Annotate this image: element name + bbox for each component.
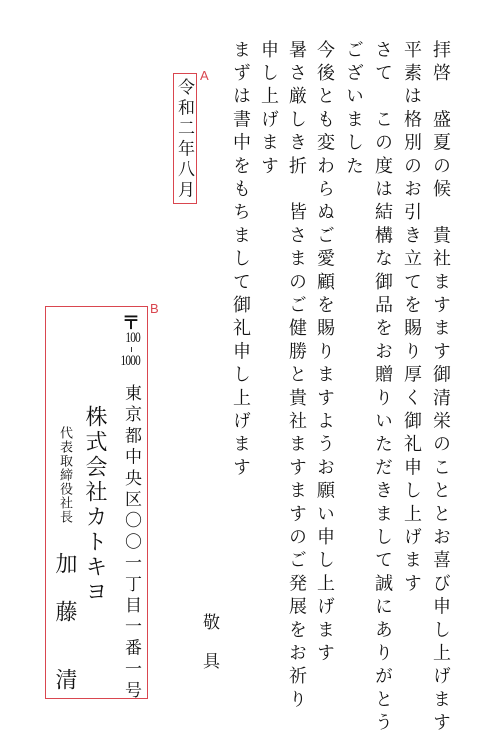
body-line-2: 平素は格別のお引き立てを賜り厚く御礼申し上げます <box>402 40 420 597</box>
body-line-5: 今後とも変わらぬご愛顧を賜りますようお願い申し上げます <box>315 40 333 666</box>
postal-code-part2: 1000 <box>121 353 141 370</box>
sender-title: 代表取締役社長 <box>58 426 71 524</box>
postal-code-dash <box>131 347 132 352</box>
body-line-7: 申し上げます <box>259 40 277 179</box>
sender-name-3: 清 <box>53 668 75 690</box>
sender-company: 株式会社カトキヨ <box>83 405 105 605</box>
sender-name-1: 加 <box>53 552 75 574</box>
sender-name-2: 藤 <box>53 600 75 622</box>
body-line-1: 拝啓 盛夏の候 貴社ますます御清栄のこととお喜び申し上げます <box>431 40 449 736</box>
body-line-6: 暑さ厳しき折 皆さまのご健勝と貴社ますますのご発展をお祈り <box>287 40 305 713</box>
body-line-8: まずは書中をもちまして御礼申し上げます <box>231 40 249 481</box>
date-text: 令和二年八月 <box>175 78 192 201</box>
postal-code-part1: 100 <box>124 330 141 347</box>
body-line-3: さて この度は結構な御品をお贈りいただきまして誠にありがとう <box>373 40 391 736</box>
sender-address: 東京都中央区〇〇一丁目一番一号 <box>122 384 139 702</box>
closing-kei: 敬 <box>200 613 217 630</box>
date-box-label: A <box>200 68 209 83</box>
closing-gu: 具 <box>200 652 217 669</box>
sender-box-label: B <box>150 301 159 316</box>
body-line-4: ございました <box>344 40 362 179</box>
